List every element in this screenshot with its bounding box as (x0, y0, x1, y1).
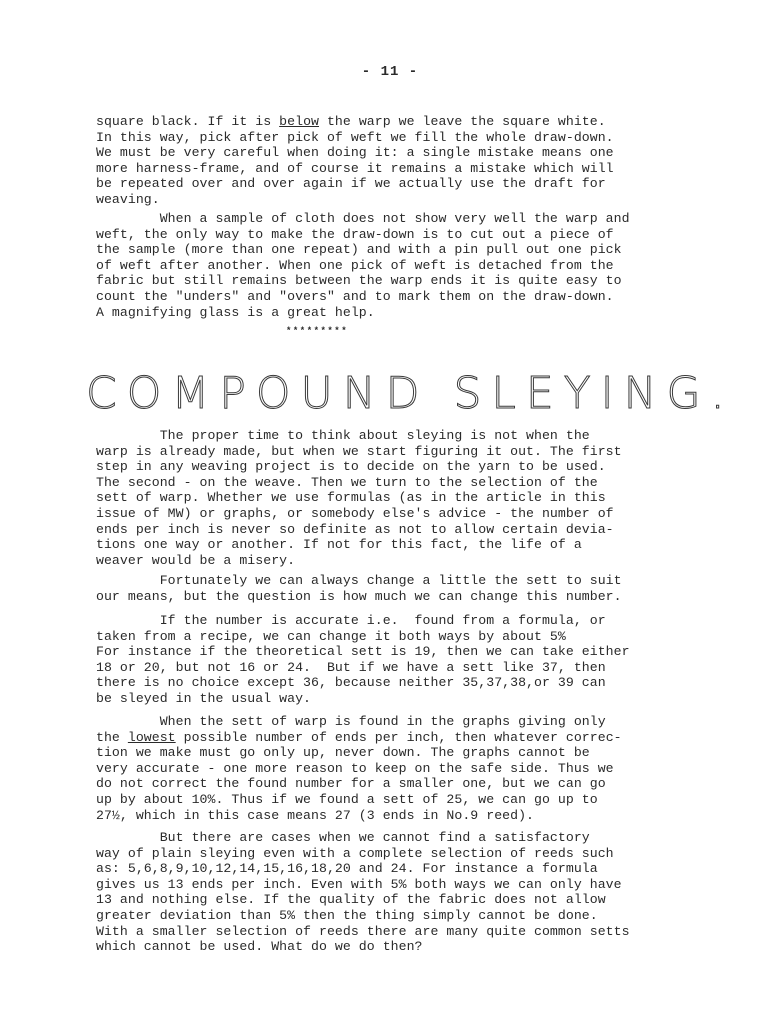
text-line: But there are cases when we cannot find … (96, 830, 686, 846)
paragraph-satisfactory-sleying: But there are cases when we cannot find … (96, 830, 686, 955)
paragraph-graphs-lowest: When the sett of warp is found in the gr… (96, 714, 686, 823)
text-line: way of plain sleying even with a complet… (96, 846, 686, 862)
text-line: gives us 13 ends per inch. Even with 5% … (96, 877, 686, 893)
text-line: 18 or 20, but not 16 or 24. But if we ha… (96, 660, 686, 676)
paragraph-accurate-number: If the number is accurate i.e. found fro… (96, 613, 686, 707)
text-line: In this way, pick after pick of weft we … (96, 130, 686, 146)
paragraph-fortunately: Fortunately we can always change a littl… (96, 573, 686, 604)
text-line: count the "unders" and "overs" and to ma… (96, 289, 686, 305)
text-line: fabric but still remains between the war… (96, 273, 686, 289)
text-line: With a smaller selection of reeds there … (96, 924, 686, 940)
text-line: weft, the only way to make the draw-down… (96, 227, 686, 243)
text-line: We must be very careful when doing it: a… (96, 145, 686, 161)
text-line: which cannot be used. What do we do then… (96, 939, 686, 955)
text-line: For instance if the theoretical sett is … (96, 644, 686, 660)
text-line: The proper time to think about sleying i… (96, 428, 686, 444)
text-line: do not correct the found number for a sm… (96, 776, 686, 792)
text-line: If the number is accurate i.e. found fro… (96, 613, 686, 629)
page-number: - 11 - (0, 64, 780, 80)
text-line: 27½, which in this case means 27 (3 ends… (96, 808, 686, 824)
text-line: greater deviation than 5% then the thing… (96, 908, 686, 924)
text-line: taken from a recipe, we can change it bo… (96, 629, 686, 645)
text-line: there is no choice except 36, because ne… (96, 675, 686, 691)
section-title: COMPOUND SLEYING. (86, 368, 735, 419)
text-line: very accurate - one more reason to keep … (96, 761, 686, 777)
text-line: When a sample of cloth does not show ver… (96, 211, 686, 227)
text-line: Fortunately we can always change a littl… (96, 573, 686, 589)
text-line: weaving. (96, 192, 686, 208)
text-line: square black. If it is below the warp we… (96, 114, 686, 130)
text-line: tion we make must go only up, never down… (96, 745, 686, 761)
section-separator: ********* (286, 326, 348, 336)
text-line: When the sett of warp is found in the gr… (96, 714, 686, 730)
text-line: warp is already made, but when we start … (96, 444, 686, 460)
document-page: - 11 - square black. If it is below the … (0, 0, 780, 1011)
text-line: be repeated over and over again if we ac… (96, 176, 686, 192)
text-line: be sleyed in the usual way. (96, 691, 686, 707)
paragraph-sample-analysis: When a sample of cloth does not show ver… (96, 211, 686, 320)
paragraph-draw-down-filling: square black. If it is below the warp we… (96, 114, 686, 208)
text-line: 13 and nothing else. If the quality of t… (96, 892, 686, 908)
text-line: The second - on the weave. Then we turn … (96, 475, 686, 491)
underlined-word: below (279, 114, 319, 129)
text-line: issue of MW) or graphs, or somebody else… (96, 506, 686, 522)
text-line: up by about 10%. Thus if we found a sett… (96, 792, 686, 808)
text-line: the sample (more than one repeat) and wi… (96, 242, 686, 258)
text-line: tions one way or another. If not for thi… (96, 537, 686, 553)
text-line: as: 5,6,8,9,10,12,14,15,16,18,20 and 24.… (96, 861, 686, 877)
text-line: step in any weaving project is to decide… (96, 459, 686, 475)
text-line: sett of warp. Whether we use formulas (a… (96, 490, 686, 506)
text-line: weaver would be a misery. (96, 553, 686, 569)
text-line: more harness-frame, and of course it rem… (96, 161, 686, 177)
paragraph-proper-time: The proper time to think about sleying i… (96, 428, 686, 568)
text-line: the lowest possible number of ends per i… (96, 730, 686, 746)
underlined-word: lowest (128, 730, 176, 745)
text-line: ends per inch is never so definite as no… (96, 522, 686, 538)
text-line: A magnifying glass is a great help. (96, 305, 686, 321)
text-line: of weft after another. When one pick of … (96, 258, 686, 274)
text-line: our means, but the question is how much … (96, 589, 686, 605)
